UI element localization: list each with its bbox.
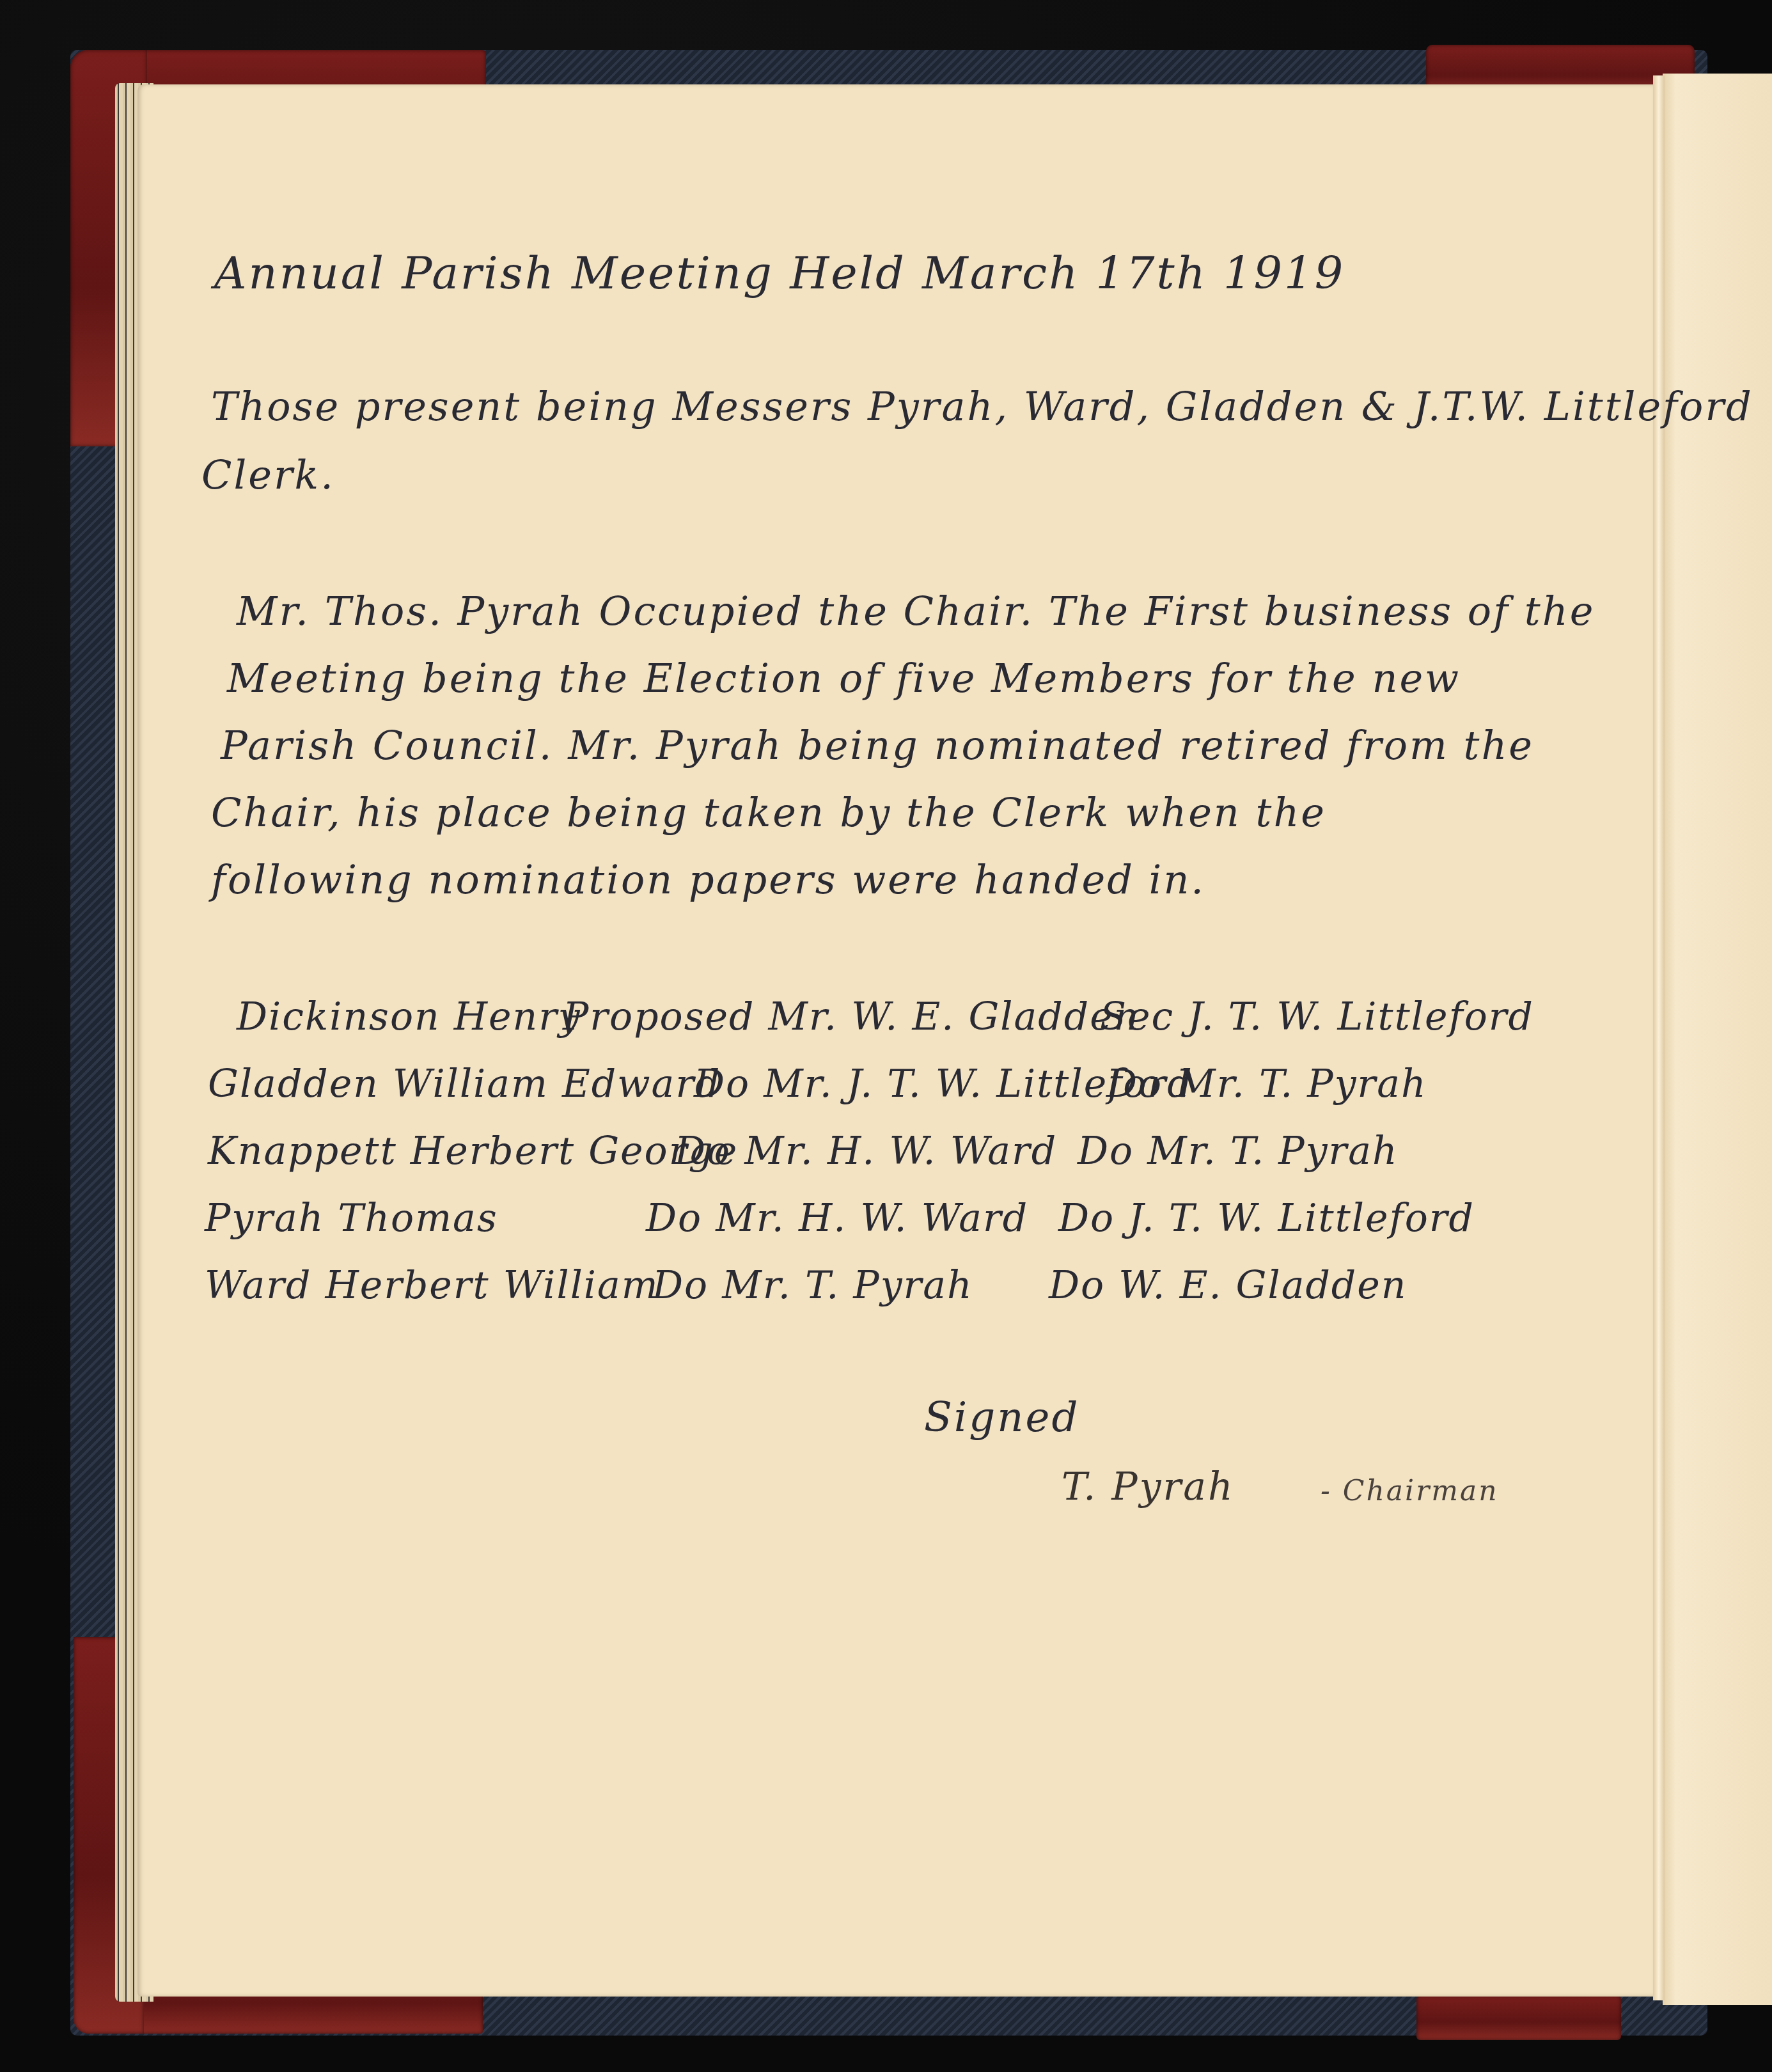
leather-corner-bottom-right xyxy=(1416,1995,1621,2040)
attendance-clerk: Clerk. xyxy=(201,455,335,495)
proposer: Do Mr. H. W. Ward xyxy=(675,1132,1057,1170)
body-line-2: Meeting being the Election of five Membe… xyxy=(227,659,1461,698)
seconder: Do Mr. T. Pyrah xyxy=(1078,1132,1399,1170)
page-gutter xyxy=(1653,75,1665,2000)
seconder: Do J. T. W. Littleford xyxy=(1058,1199,1475,1237)
chairman-role: - Chairman xyxy=(1321,1477,1499,1505)
proposer: Do Mr. H. W. Ward xyxy=(646,1199,1028,1237)
body-line-5: following nomination papers were handed … xyxy=(211,860,1205,900)
seconder: Do Mr. T. Pyrah xyxy=(1106,1065,1427,1103)
nominee-name: Knappett Herbert George xyxy=(208,1132,738,1170)
nominee-name: Ward Herbert William xyxy=(205,1266,659,1305)
seconder: Sec J. T. W. Littleford xyxy=(1100,998,1534,1036)
ledger-page xyxy=(137,84,1653,1997)
body-line-4: Chair, his place being taken by the Cler… xyxy=(211,793,1326,833)
nominee-name: Gladden William Edward xyxy=(208,1065,721,1103)
seconder: Do W. E. Gladden xyxy=(1049,1266,1407,1305)
nominee-name: Pyrah Thomas xyxy=(205,1199,498,1237)
proposer: Do Mr. T. Pyrah xyxy=(652,1266,973,1305)
attendance-line: Those present being Messers Pyrah, Ward,… xyxy=(211,387,1753,427)
chairman-signature: T. Pyrah xyxy=(1062,1468,1235,1506)
signed-label: Signed xyxy=(924,1397,1079,1438)
proposer: Proposed Mr. W. E. Gladden xyxy=(563,998,1140,1036)
nominee-name: Dickinson Henry xyxy=(237,998,581,1036)
page-title: Annual Parish Meeting Held March 17th 19… xyxy=(214,251,1345,295)
body-line-1: Mr. Thos. Pyrah Occupied the Chair. The … xyxy=(237,592,1595,631)
facing-page xyxy=(1663,74,1772,2005)
body-line-3: Parish Council. Mr. Pyrah being nominate… xyxy=(221,726,1534,765)
